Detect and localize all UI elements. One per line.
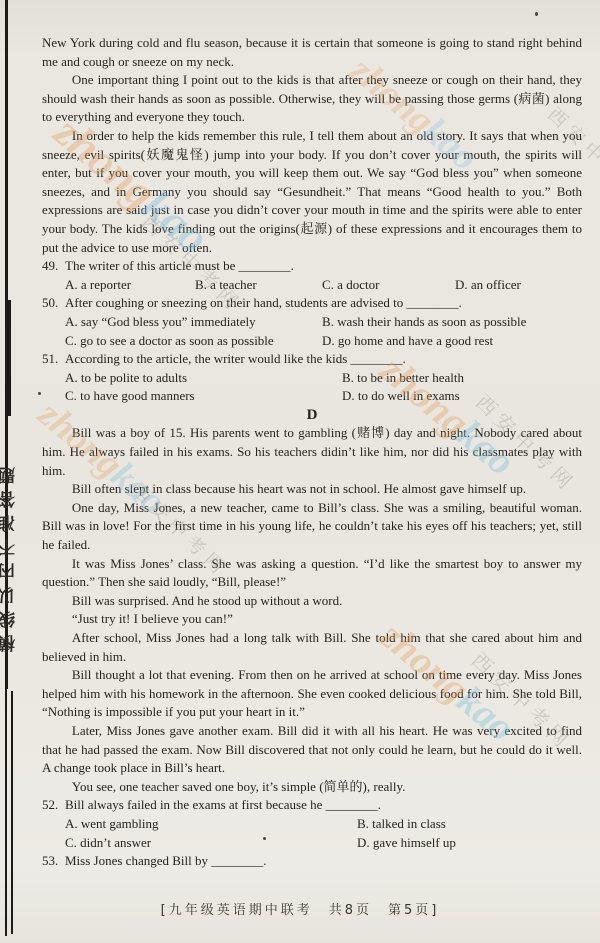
question-51: 51. According to the article, the writer… <box>42 350 582 406</box>
answer-option: D. an officer <box>455 276 521 295</box>
question-number: 50. <box>42 294 58 313</box>
scan-speck <box>535 12 538 16</box>
answer-option: D. to do well in exams <box>342 387 460 406</box>
scan-speck <box>263 837 266 840</box>
exam-page-content: New York during cold and flu season, bec… <box>42 34 582 871</box>
passage-d-paragraph: Later, Miss Jones gave another exam. Bil… <box>42 722 582 778</box>
question-52: 52. Bill always failed in the exams at f… <box>42 796 582 852</box>
question-number: 53. <box>42 852 58 871</box>
question-number: 51. <box>42 350 58 369</box>
answer-option: A. a reporter <box>65 276 195 295</box>
question-number: 49. <box>42 257 58 276</box>
scan-speck <box>38 392 41 395</box>
question-49: 49. The writer of this article must be _… <box>42 257 582 294</box>
answer-option: C. a doctor <box>322 276 455 295</box>
passage-d-paragraph: Bill was surprised. And he stood up with… <box>42 592 582 611</box>
question-stem: Bill always failed in the exams at first… <box>65 796 582 815</box>
question-stem: After coughing or sneezing on their hand… <box>65 294 582 313</box>
answer-option: B. a teacher <box>195 276 322 295</box>
options-row: A. to be polite to adults B. to be in be… <box>65 369 582 388</box>
passage-d-paragraph: “Just try it! I believe you can!” <box>42 610 582 629</box>
question-53: 53. Miss Jones changed Bill by ________. <box>42 852 582 871</box>
options-row: A. went gambling B. talked in class <box>65 815 582 834</box>
question-stem: The writer of this article must be _____… <box>65 257 582 276</box>
options-row: A. a reporter B. a teacher C. a doctor D… <box>65 276 582 295</box>
answer-option: B. talked in class <box>357 815 446 834</box>
answer-option: C. didn’t answer <box>65 834 357 853</box>
passage-d-paragraph: Bill often slept in class because his he… <box>42 480 582 499</box>
answer-option: C. to have good manners <box>65 387 342 406</box>
answer-option: B. wash their hands as soon as possible <box>322 313 526 332</box>
answer-option: A. to be polite to adults <box>65 369 342 388</box>
passage-d-paragraph: It was Miss Jones’ class. She was asking… <box>42 555 582 592</box>
binding-margin-note: 横线以内不准答题 <box>0 414 21 652</box>
passage-d-paragraph: You see, one teacher saved one boy, it’s… <box>42 778 582 797</box>
passage-d-paragraph: Bill was a boy of 15. His parents went t… <box>42 424 582 480</box>
passage-d-paragraph: After school, Miss Jones had a long talk… <box>42 629 582 666</box>
options-row: C. didn’t answer D. gave himself up <box>65 834 582 853</box>
question-stem: Miss Jones changed Bill by ________. <box>65 852 582 871</box>
answer-option: A. went gambling <box>65 815 357 834</box>
passage-c-paragraph: One important thing I point out to the k… <box>42 71 582 127</box>
passage-d-paragraph: Bill thought a lot that evening. From th… <box>42 666 582 722</box>
options-row: C. to have good manners D. to do well in… <box>65 387 582 406</box>
answer-option: D. go home and have a good rest <box>322 332 493 351</box>
passage-c-paragraph: New York during cold and flu season, bec… <box>42 34 582 71</box>
page-footer: [九年级英语期中联考 共8页 第5页] <box>0 899 600 918</box>
question-50: 50. After coughing or sneezing on their … <box>42 294 582 350</box>
binding-rule-thick <box>7 300 11 416</box>
question-stem: According to the article, the writer wou… <box>65 350 582 369</box>
binding-rule-bottom-inner <box>11 691 13 934</box>
answer-option: C. go to see a doctor as soon as possibl… <box>65 332 322 351</box>
section-d-header: D <box>42 406 582 425</box>
passage-d-paragraph: One day, Miss Jones, a new teacher, came… <box>42 499 582 555</box>
options-row: A. say “God bless you” immediately B. wa… <box>65 313 582 332</box>
question-number: 52. <box>42 796 58 815</box>
options-row: C. go to see a doctor as soon as possibl… <box>65 332 582 351</box>
answer-option: A. say “God bless you” immediately <box>65 313 322 332</box>
answer-option: B. to be in better health <box>342 369 464 388</box>
passage-c-paragraph: In order to help the kids remember this … <box>42 127 582 257</box>
answer-option: D. gave himself up <box>357 834 456 853</box>
